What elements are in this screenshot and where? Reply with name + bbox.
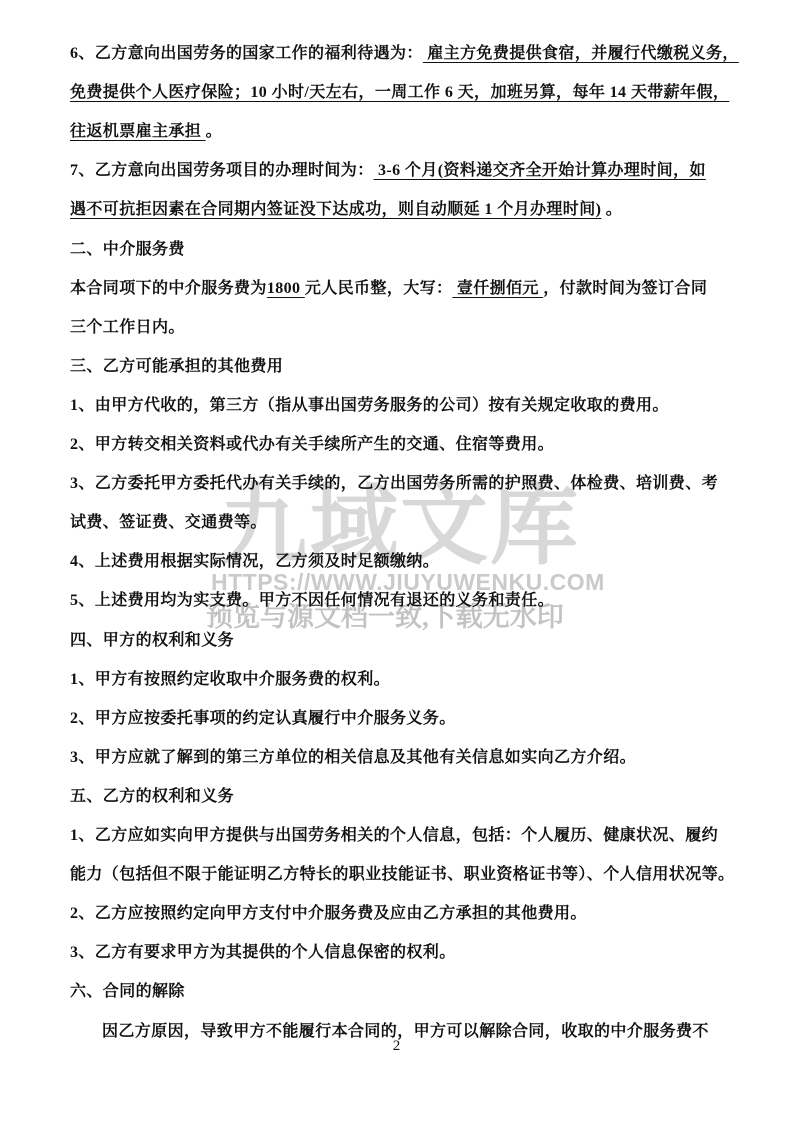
other-fee-1: 1、由甲方代收的，第三方（指从事出国劳务服务的公司）按有关规定收取的费用。 [70, 394, 730, 420]
party-b-right-1-line-2-text: 能力（包括但不限于能证明乙方特长的职业技能证书、职业资格证书等）、个人信用状况等… [70, 866, 734, 883]
page-number: 2 [0, 1038, 793, 1055]
other-fee-1-text: 1、由甲方代收的，第三方（指从事出国劳务服务的公司）按有关规定收取的费用。 [70, 397, 669, 414]
section-5-heading-text: 五、乙方的权利和义务 [70, 788, 234, 805]
party-b-right-2-text: 2、乙方应按照约定向甲方支付中介服务费及应由乙方承担的其他费用。 [70, 905, 587, 922]
clause-7-line-1-underlined-text: 3-6 个月(资料递交齐全开始计算办理时间，如 [374, 162, 706, 179]
party-b-right-3-text: 3、乙方有要求甲方为其提供的个人信息保密的权利。 [70, 944, 456, 961]
clause-7-line-2: 遇不可抗拒因素在合同期内签证没下达成功，则自动顺延 1 个月办理时间) 。 [70, 198, 730, 224]
clause-7-line-2-underlined-text: 遇不可抗拒因素在合同期内签证没下达成功，则自动顺延 1 个月办理时间) [70, 201, 601, 218]
clause-7-line-1: 7、乙方意向出国劳务项目的办理时间为： 3-6 个月(资料递交齐全开始计算办理时… [70, 159, 730, 185]
party-a-right-2-text: 2、甲方应按委托事项的约定认真履行中介服务义务。 [70, 710, 456, 727]
section-3-heading: 三、乙方可能承担的其他费用 [70, 355, 730, 381]
other-fee-2-text: 2、甲方转交相关资料或代办有关手续所产生的交通、住宿等费用。 [70, 436, 554, 453]
clause-7-line-1-text: 7、乙方意向出国劳务项目的办理时间为： [70, 162, 374, 179]
other-fee-4: 4、上述费用根据实际情况，乙方须及时足额缴纳。 [70, 550, 730, 576]
party-a-right-1-text: 1、甲方有按照约定收取中介服务费的权利。 [70, 671, 390, 688]
service-fee-line-1: 本合同项下的中介服务费为1800 元人民币整，大写： 壹仟捌佰元 ，付款时间为签… [70, 277, 730, 303]
party-b-right-2: 2、乙方应按照约定向甲方支付中介服务费及应由乙方承担的其他费用。 [70, 902, 730, 928]
clause-6-line-3-underlined-text: 往返机票雇主承担 [70, 123, 206, 140]
clause-7-line-2-text: 。 [601, 201, 622, 218]
termination-line-1-text: 因乙方原因，导致甲方不能履行本合同的，甲方可以解除合同，收取的中介服务费不 [102, 1023, 709, 1040]
party-a-right-2: 2、甲方应按委托事项的约定认真履行中介服务义务。 [70, 707, 730, 733]
service-fee-line-1-underlined-text: 1800 [267, 280, 305, 297]
section-3-heading-text: 三、乙方可能承担的其他费用 [70, 358, 283, 375]
section-2-heading: 二、中介服务费 [70, 238, 730, 264]
section-6-heading-text: 六、合同的解除 [70, 983, 185, 1000]
clause-6-line-1-underlined-text: 雇主方免费提供食宿，并履行代缴税义务， [423, 45, 739, 62]
other-fee-2: 2、甲方转交相关资料或代办有关手续所产生的交通、住宿等费用。 [70, 433, 730, 459]
section-4-heading-text: 四、甲方的权利和义务 [70, 632, 234, 649]
service-fee-line-1-text: 元人民币整，大写： [305, 280, 453, 297]
contract-page: 九域文库 HTTPS://WWW.JIUYUWENKU.COM 预览与源文档一致… [0, 0, 793, 1122]
section-4-heading: 四、甲方的权利和义务 [70, 629, 730, 655]
party-a-right-1: 1、甲方有按照约定收取中介服务费的权利。 [70, 668, 730, 694]
other-fee-3-line-1: 3、乙方委托甲方委托代办有关手续的，乙方出国劳务所需的护照费、体检费、培训费、考 [70, 472, 730, 498]
other-fee-4-text: 4、上述费用根据实际情况，乙方须及时足额缴纳。 [70, 553, 439, 570]
party-b-right-1-line-2: 能力（包括但不限于能证明乙方特长的职业技能证书、职业资格证书等）、个人信用状况等… [70, 863, 730, 889]
other-fee-5: 5、上述费用均为实支费。甲方不因任何情况有退还的义务和责任。 [70, 589, 730, 615]
section-6-heading: 六、合同的解除 [70, 980, 730, 1006]
service-fee-line-2: 三个工作日内。 [70, 316, 730, 342]
clause-6-line-2: 免费提供个人医疗保险；10 小时/天左右，一周工作 6 天，加班另算，每年 14… [70, 81, 730, 107]
service-fee-line-1-text: ，付款时间为签订合同 [543, 280, 707, 297]
party-a-right-3-text: 3、甲方应就了解到的第三方单位的相关信息及其他有关信息如实向乙方介绍。 [70, 749, 636, 766]
other-fee-3-line-2: 试费、签证费、交通费等。 [70, 511, 730, 537]
document-body: 6、乙方意向出国劳务的国家工作的福利待遇为： 雇主方免费提供食宿，并履行代缴税义… [0, 0, 793, 1122]
service-fee-line-2-text: 三个工作日内。 [70, 319, 185, 336]
section-2-heading-text: 二、中介服务费 [70, 241, 185, 258]
other-fee-5-text: 5、上述费用均为实支费。甲方不因任何情况有退还的义务和责任。 [70, 592, 554, 609]
clause-6-line-1: 6、乙方意向出国劳务的国家工作的福利待遇为： 雇主方免费提供食宿，并履行代缴税义… [70, 42, 730, 68]
clause-6-line-2-underlined-text: 免费提供个人医疗保险；10 小时/天左右，一周工作 6 天，加班另算，每年 14… [70, 84, 729, 101]
party-b-right-1-line-1-text: 1、乙方应如实向甲方提供与出国劳务相关的个人信息，包括：个人履历、健康状况、履约 [70, 827, 718, 844]
clause-6-line-3: 往返机票雇主承担 。 [70, 120, 730, 146]
party-b-right-1-line-1: 1、乙方应如实向甲方提供与出国劳务相关的个人信息，包括：个人履历、健康状况、履约 [70, 824, 730, 850]
clause-6-line-1-text: 6、乙方意向出国劳务的国家工作的福利待遇为： [70, 45, 423, 62]
other-fee-3-line-1-text: 3、乙方委托甲方委托代办有关手续的，乙方出国劳务所需的护照费、体检费、培训费、考 [70, 475, 718, 492]
party-b-right-3: 3、乙方有要求甲方为其提供的个人信息保密的权利。 [70, 941, 730, 967]
section-5-heading: 五、乙方的权利和义务 [70, 785, 730, 811]
party-a-right-3: 3、甲方应就了解到的第三方单位的相关信息及其他有关信息如实向乙方介绍。 [70, 746, 730, 772]
service-fee-line-1-text: 本合同项下的中介服务费为 [70, 280, 267, 297]
service-fee-line-1-underlined-text: 壹仟捌佰元 [452, 280, 543, 297]
other-fee-3-line-2-text: 试费、签证费、交通费等。 [70, 514, 267, 531]
clause-6-line-3-text: 。 [206, 123, 222, 140]
